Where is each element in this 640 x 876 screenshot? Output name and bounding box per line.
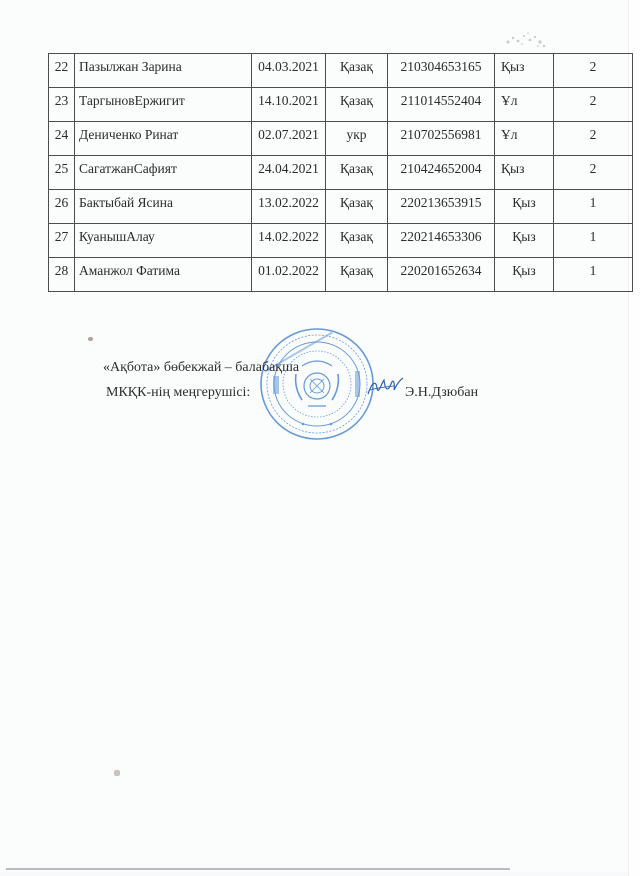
group: 1 <box>554 190 633 224</box>
scan-speck <box>401 272 403 274</box>
nationality: укр <box>326 122 388 156</box>
row-number: 24 <box>49 122 75 156</box>
iin: 220213653915 <box>388 190 495 224</box>
row-number: 22 <box>49 54 75 88</box>
sex: Қыз <box>495 224 554 258</box>
table-row: 22 Пазылжан Зарина 04.03.2021 Қазақ 2103… <box>49 54 633 88</box>
table-row: 26 Бактыбай Ясина 13.02.2022 Қазақ 22021… <box>49 190 633 224</box>
child-name: Бактыбай Ясина <box>75 190 252 224</box>
iin: 210702556981 <box>388 122 495 156</box>
nationality: Қазақ <box>326 54 388 88</box>
nationality: Қазақ <box>326 258 388 292</box>
nationality: Қазақ <box>326 224 388 258</box>
organization-name: «Ақбота» бөбекжай – балабақша <box>103 360 299 376</box>
group: 1 <box>554 224 633 258</box>
row-number: 27 <box>49 224 75 258</box>
iin: 211014552404 <box>388 88 495 122</box>
scan-artifact-icon <box>500 28 560 50</box>
row-number: 23 <box>49 88 75 122</box>
row-number: 28 <box>49 258 75 292</box>
child-name: Пазылжан Зарина <box>75 54 252 88</box>
table-row: 25 СагатжанСафият 24.04.2021 Қазақ 21042… <box>49 156 633 190</box>
child-name: Аманжол Фатима <box>75 258 252 292</box>
child-name: СагатжанСафият <box>75 156 252 190</box>
children-list-table: 22 Пазылжан Зарина 04.03.2021 Қазақ 2103… <box>48 53 633 292</box>
sex: Ұл <box>495 88 554 122</box>
sex: Қыз <box>495 54 554 88</box>
sex: Қыз <box>495 156 554 190</box>
iin: 210304653165 <box>388 54 495 88</box>
group: 2 <box>554 156 633 190</box>
nationality: Қазақ <box>326 156 388 190</box>
signer-name: Э.Н.Дзюбан <box>405 385 478 401</box>
sex: Қыз <box>495 190 554 224</box>
iin: 220214653306 <box>388 224 495 258</box>
group: 1 <box>554 258 633 292</box>
child-name: КуанышАлау <box>75 224 252 258</box>
row-number: 26 <box>49 190 75 224</box>
iin: 210424652004 <box>388 156 495 190</box>
group: 2 <box>554 88 633 122</box>
table-row: 23 ТаргыновЕржигит 14.10.2021 Қазақ 2110… <box>49 88 633 122</box>
child-name: Дениченко Ринат <box>75 122 252 156</box>
nationality: Қазақ <box>326 88 388 122</box>
page-bottom-edge <box>6 868 510 870</box>
scan-speck <box>88 337 93 341</box>
birth-date: 14.02.2022 <box>252 224 326 258</box>
table-row: 28 Аманжол Фатима 01.02.2022 Қазақ 22020… <box>49 258 633 292</box>
birth-date: 01.02.2022 <box>252 258 326 292</box>
sex: Қыз <box>495 258 554 292</box>
sex: Ұл <box>495 122 554 156</box>
birth-date: 14.10.2021 <box>252 88 326 122</box>
group: 2 <box>554 54 633 88</box>
group: 2 <box>554 122 633 156</box>
nationality: Қазақ <box>326 190 388 224</box>
iin: 220201652634 <box>388 258 495 292</box>
row-number: 25 <box>49 156 75 190</box>
official-stamp-icon <box>258 326 376 442</box>
signer-role: МКҚК-нің меңгерушісі: <box>106 385 250 401</box>
birth-date: 24.04.2021 <box>252 156 326 190</box>
birth-date: 02.07.2021 <box>252 122 326 156</box>
birth-date: 13.02.2022 <box>252 190 326 224</box>
signature-icon <box>364 372 404 402</box>
table-row: 24 Дениченко Ринат 02.07.2021 укр 210702… <box>49 122 633 156</box>
birth-date: 04.03.2021 <box>252 54 326 88</box>
scan-speck <box>114 770 120 776</box>
table-row: 27 КуанышАлау 14.02.2022 Қазақ 220214653… <box>49 224 633 258</box>
child-name: ТаргыновЕржигит <box>75 88 252 122</box>
